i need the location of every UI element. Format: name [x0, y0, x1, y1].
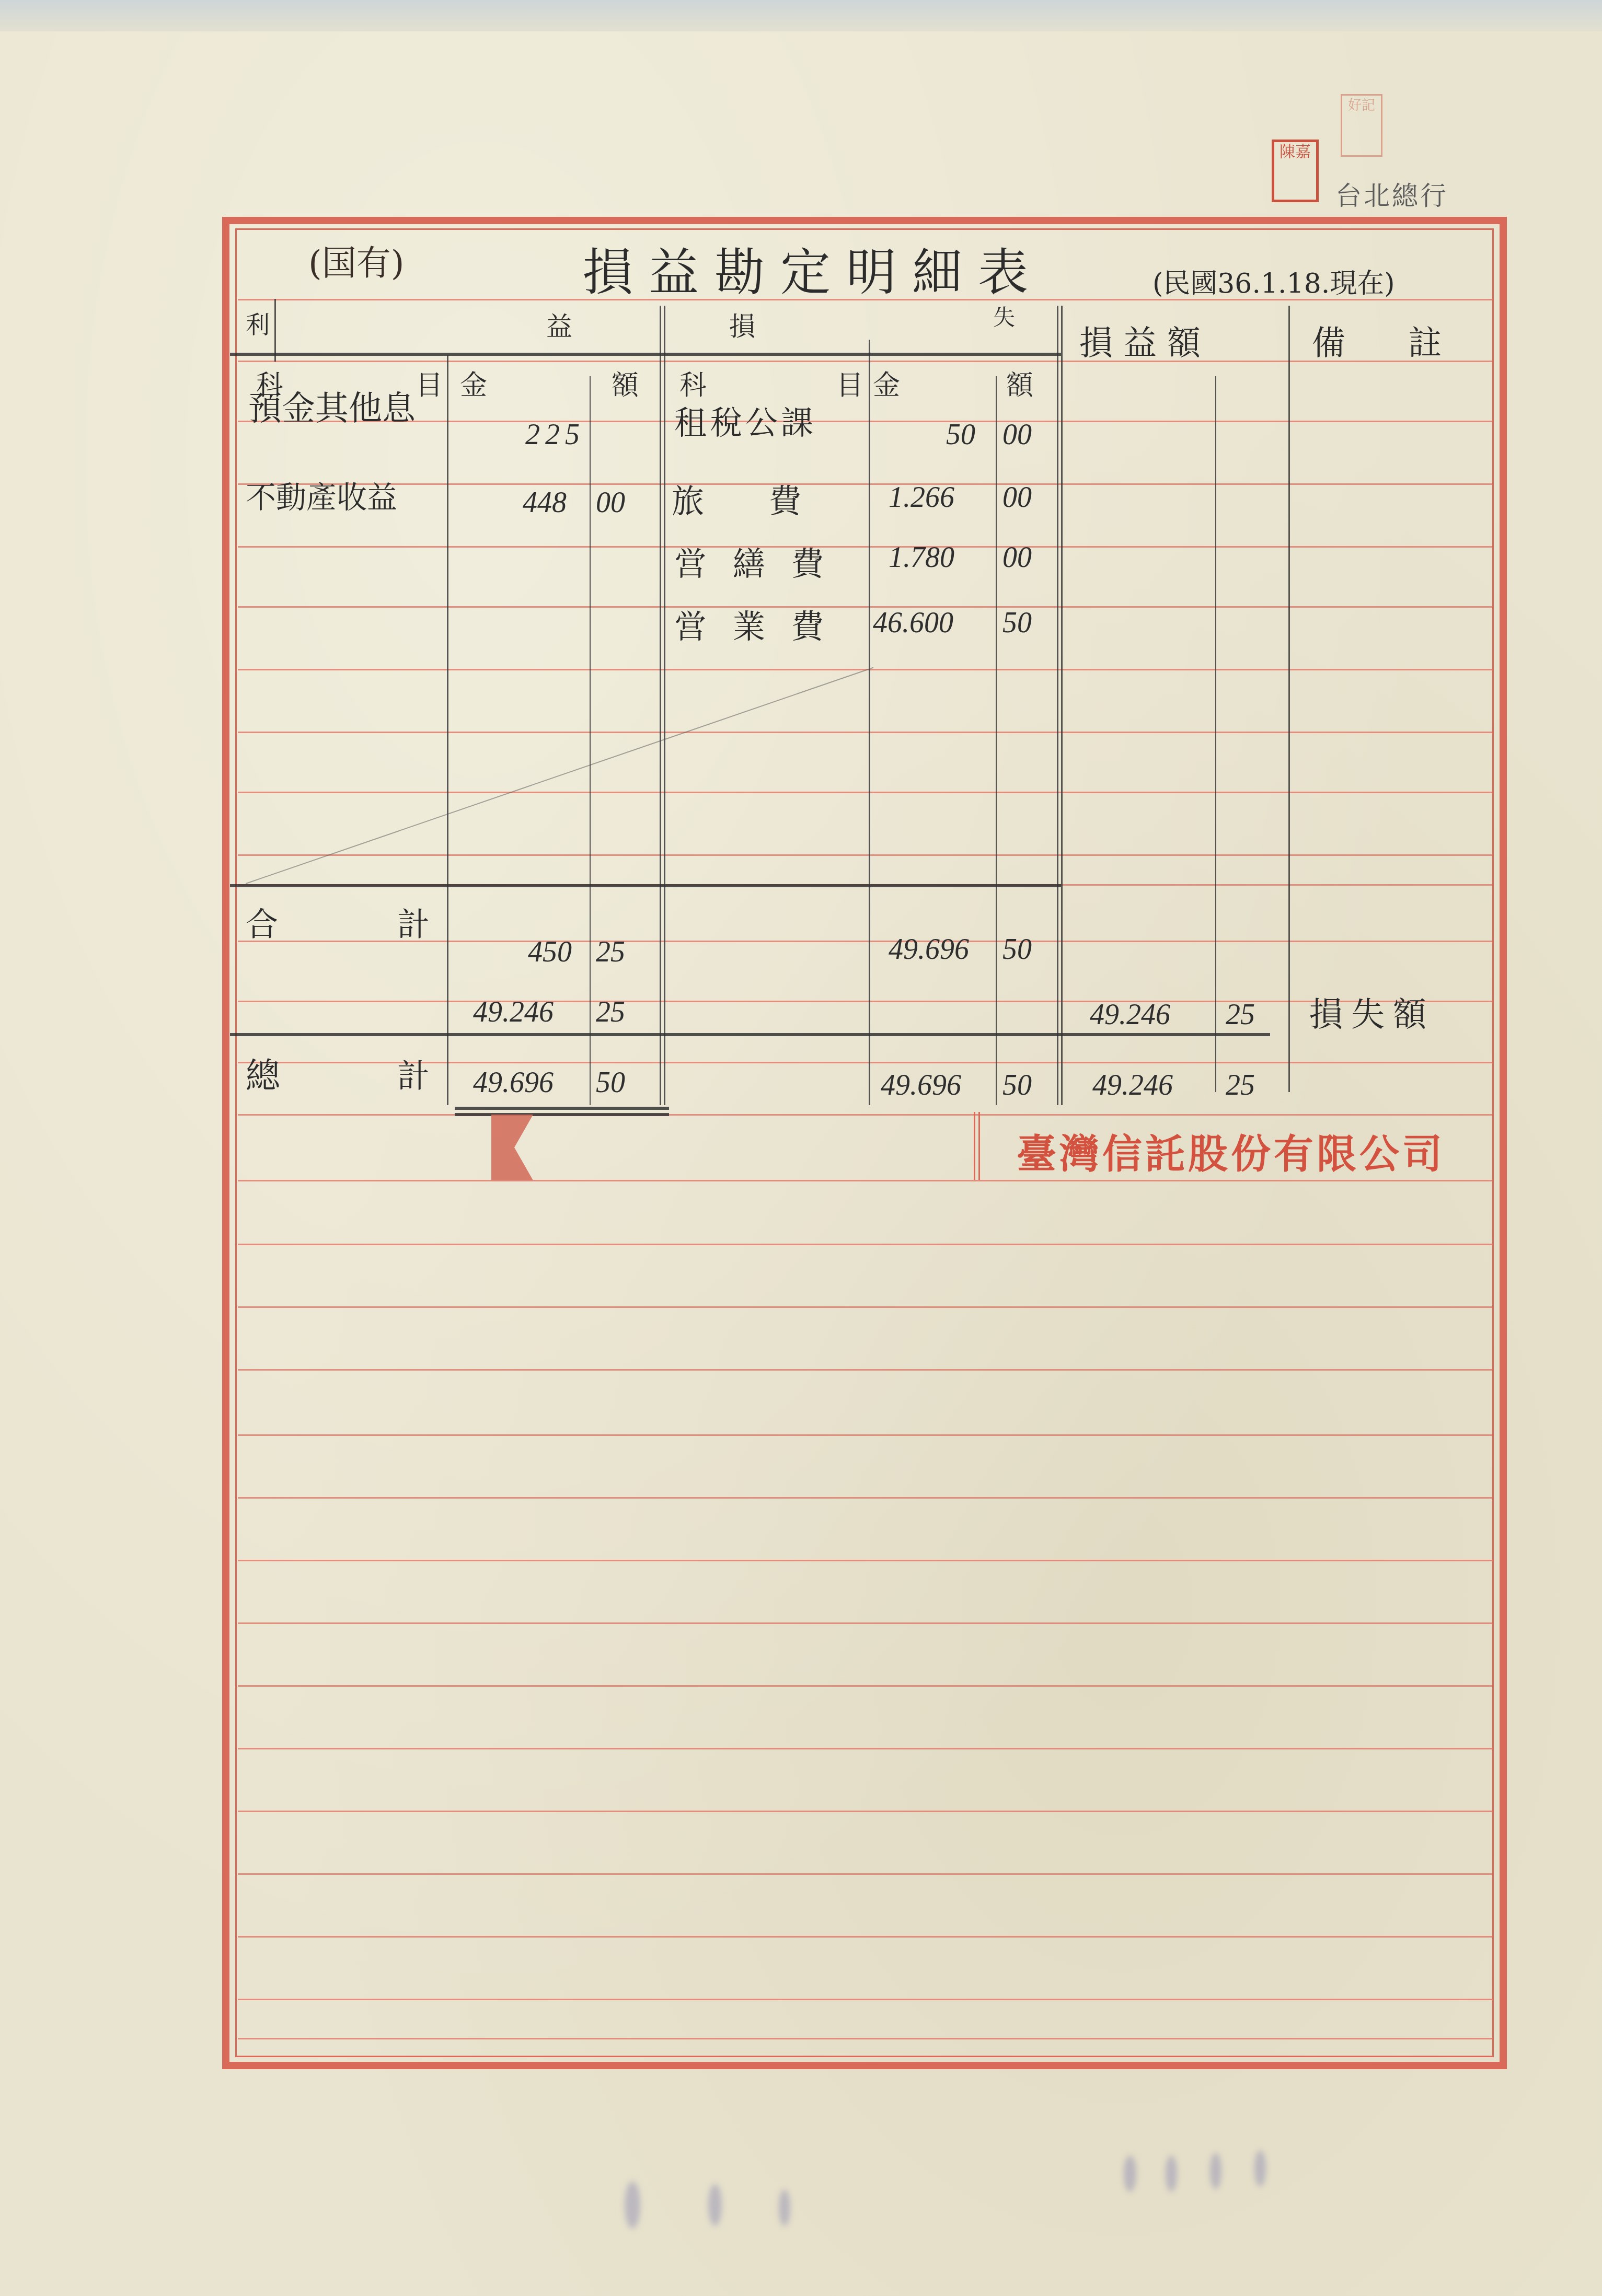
header-balance: 損益額: [1079, 316, 1211, 364]
loss-yen: 1.266: [889, 481, 954, 514]
red-ruled-line: [238, 546, 1492, 548]
seal-square: 陳嘉: [1272, 140, 1319, 202]
col-amount-loss-right: 額: [1006, 363, 1033, 402]
header-loss-left: 損: [729, 306, 755, 343]
netloss-profit-sen: 25: [596, 995, 625, 1029]
classification-label: (国有): [308, 235, 405, 285]
red-ruled-line: [238, 1180, 1492, 1181]
netloss-remark: 損失額: [1309, 988, 1435, 1036]
grandtotal-balance-yen: 49.246: [1092, 1069, 1173, 1102]
col-line: [1288, 306, 1290, 1092]
netloss-balance-yen: 49.246: [1090, 998, 1170, 1031]
grandtotal-profit-sen: 50: [596, 1066, 625, 1099]
seal-faded-text: 好記: [1348, 98, 1375, 113]
red-ruled-line: [238, 1936, 1492, 1938]
ink-smudge: [625, 2182, 640, 2229]
grandtotal-label-right: 計: [397, 1050, 430, 1097]
red-ruled-line: [238, 1001, 1492, 1002]
red-ruled-line: [238, 1685, 1492, 1687]
loss-sen: 00: [1002, 541, 1032, 574]
final-underline-2: [455, 1113, 669, 1116]
loss-yen: 46.600: [873, 606, 953, 640]
grandtotal-label-left: 總: [246, 1048, 280, 1097]
col-item-loss-right: 目: [836, 363, 863, 402]
red-ruled-line: [238, 1244, 1492, 1245]
red-ruled-line: [238, 483, 1492, 485]
grandtotal-divider: [230, 1033, 1270, 1036]
col-line-double: [1057, 306, 1058, 1105]
col-line-double: [660, 306, 661, 1105]
loss-sen: 00: [1002, 481, 1032, 514]
company-stamp: 臺灣信託股份有限公司: [1017, 1122, 1445, 1179]
paper-top-edge: [0, 0, 1602, 31]
col-line: [1215, 376, 1216, 1092]
ink-smudge: [1166, 2155, 1177, 2192]
subtotal-profit-yen: 450: [528, 935, 572, 969]
header-profit-right: 益: [546, 306, 572, 343]
seal-text: 陳嘉: [1280, 143, 1311, 161]
subtotal-loss-sen: 50: [1002, 933, 1032, 966]
loss-item: 営繕費: [674, 538, 850, 585]
col-line: [447, 355, 448, 1105]
subtotal-label-left: 合: [246, 899, 278, 945]
loss-item: 旅 費: [672, 476, 801, 522]
red-ruled-line: [238, 1369, 1492, 1371]
final-underline: [455, 1107, 669, 1110]
col-line: [1061, 306, 1063, 1105]
red-ruled-line: [238, 1999, 1492, 2000]
ink-smudge: [1210, 2153, 1221, 2189]
red-ruled-line: [238, 2038, 1492, 2039]
col-line: [274, 299, 276, 362]
subtotal-label-right: 計: [397, 899, 430, 945]
profit-sen: 225: [525, 418, 585, 451]
grandtotal-profit-yen: 49.696: [473, 1066, 554, 1099]
col-line: [996, 376, 997, 1105]
subtotal-loss-yen: 49.696: [889, 933, 969, 966]
header-remarks: 備 註: [1312, 316, 1442, 364]
header-profit-left: 利: [246, 306, 270, 340]
red-ruled-line: [238, 361, 1492, 362]
profit-sen: 00: [596, 486, 625, 519]
ink-smudge: [708, 2184, 722, 2226]
subtotal-profit-sen: 25: [596, 935, 625, 969]
col-line: [590, 376, 591, 1105]
red-ruled-line: [238, 732, 1492, 733]
document-date: (民國36.1.18.現在): [1152, 261, 1395, 300]
header-note: 台北總行: [1335, 175, 1448, 213]
grandtotal-loss-sen: 50: [1002, 1069, 1032, 1102]
profit-item: 預金其他息: [248, 381, 416, 430]
ink-smudge: [1254, 2150, 1266, 2187]
red-ruled-line: [238, 1434, 1492, 1436]
document-title: 損益勘定明細表: [583, 233, 1044, 304]
red-ruled-line: [238, 1560, 1492, 1561]
profit-yen: 448: [523, 486, 567, 519]
col-line: [869, 340, 870, 1105]
red-ruled-line: [238, 606, 1492, 608]
ink-smudge: [779, 2189, 790, 2226]
company-stamp-border: [974, 1112, 975, 1180]
col-amount-loss-left: 金: [873, 363, 900, 402]
col-amount-profit-right: 額: [612, 363, 639, 402]
loss-yen: 50: [946, 418, 975, 451]
red-ruled-line: [238, 1748, 1492, 1749]
red-ruled-line: [238, 1811, 1492, 1812]
ink-smudge: [1124, 2155, 1136, 2192]
loss-item: 租稅公課: [674, 397, 816, 444]
header-divider: [230, 353, 1061, 356]
col-item-loss-left: 科: [679, 363, 707, 402]
red-ruled-line: [238, 421, 1492, 422]
col-amount-profit-left: 金: [460, 363, 487, 402]
loss-sen: 00: [1002, 418, 1032, 451]
red-ruled-line: [238, 1622, 1492, 1624]
grandtotal-balance-sen: 25: [1226, 1069, 1255, 1102]
subtotal-divider: [230, 884, 1061, 887]
red-ruled-line: [238, 1306, 1492, 1308]
loss-yen: 1.780: [889, 541, 954, 574]
company-stamp-border: [978, 1112, 980, 1180]
netloss-profit-yen: 49.246: [473, 995, 554, 1029]
red-ruled-line: [238, 1114, 1492, 1116]
col-line-double: [664, 306, 665, 1105]
red-ruled-line: [238, 1497, 1492, 1499]
col-item-profit-right: 目: [416, 363, 443, 402]
loss-sen: 50: [1002, 606, 1032, 640]
red-ruled-line: [238, 854, 1492, 856]
red-ruled-line: [238, 1873, 1492, 1875]
seal-faded: 好記: [1341, 94, 1382, 157]
profit-item: 不動產收益: [246, 473, 397, 517]
loss-item: 営業費: [674, 601, 850, 647]
netloss-balance-sen: 25: [1226, 998, 1255, 1031]
grandtotal-loss-yen: 49.696: [881, 1069, 961, 1102]
red-ruled-line: [238, 792, 1492, 793]
header-loss-right: 失: [993, 300, 1015, 332]
